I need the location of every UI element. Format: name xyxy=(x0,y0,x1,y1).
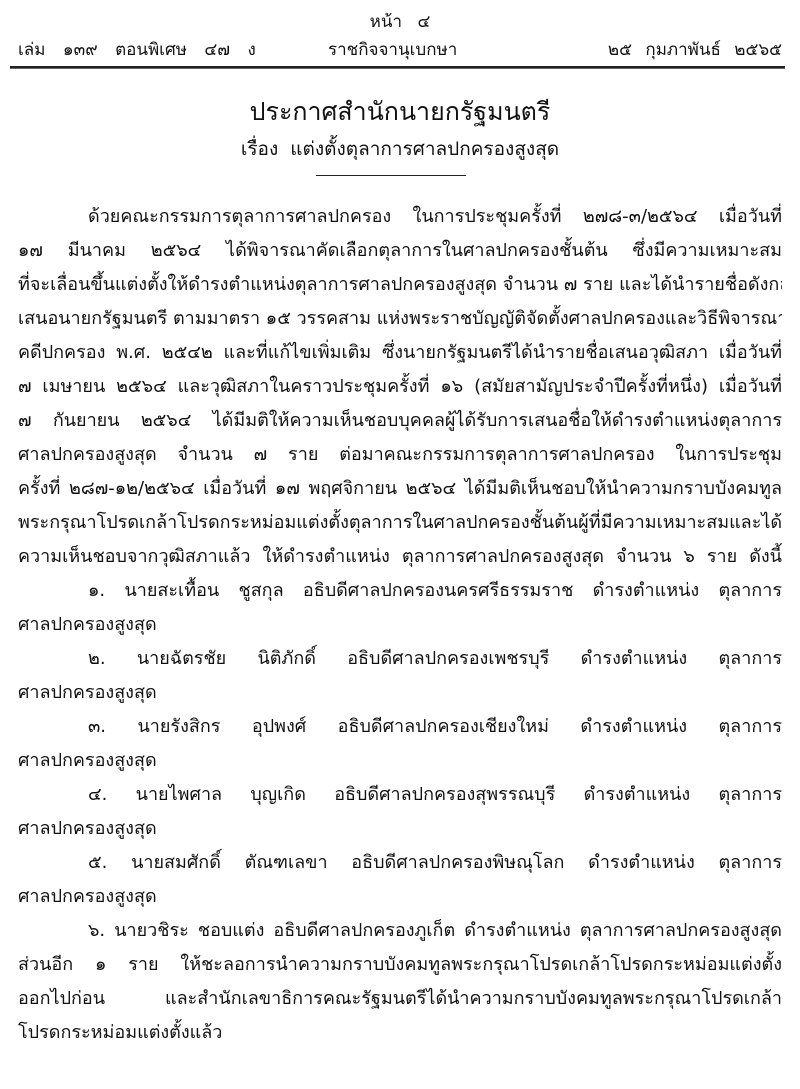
document-body: ด้วยคณะกรรมการตุลาการศาลปกครอง ในการประช… xyxy=(18,200,782,1050)
paragraph-line: ที่จะเลื่อนขึ้นแต่งตั้งให้ดำรงตำแหน่งตุล… xyxy=(18,268,782,302)
closing-line: ส่วนอีก ๑ ราย ให้ชะลอการนำความกราบบังคมท… xyxy=(18,948,782,982)
paragraph-line: ๑๗ มีนาคม ๒๕๖๔ ได้พิจารณาคัดเลือกตุลาการ… xyxy=(18,234,782,268)
paragraph-line: พระกรุณาโปรดเกล้าโปรดกระหม่อมแต่งตั้งตุล… xyxy=(18,506,782,540)
appointee-item-5: ๕. นายสมศักดิ์ ตัณฑเลขา อธิบดีศาลปกครองพ… xyxy=(18,846,782,880)
paragraph-line: เสนอนายกรัฐมนตรี ตามมาตรา ๑๕ วรรคสาม แห่… xyxy=(18,302,782,336)
appointee-item-2-cont: ศาลปกครองสูงสุด xyxy=(18,676,782,710)
appointee-item-1: ๑. นายสะเทื้อน ชูสกุล อธิบดีศาลปกครองนคร… xyxy=(18,574,782,608)
paragraph-line: ศาลปกครองสูงสุด จำนวน ๗ ราย ต่อมาคณะกรรม… xyxy=(18,438,782,472)
volume-issue: เล่ม ๑๓๙ ตอนพิเศษ ๔๗ ง xyxy=(18,36,256,63)
document-title: ประกาศสำนักนายกรัฐมนตรี xyxy=(0,92,800,132)
paragraph-line: ความเห็นชอบจากวุฒิสภาแล้ว ให้ดำรงตำแหน่ง… xyxy=(18,540,782,574)
paragraph-line: ครั้งที่ ๒๘๗-๑๒/๒๕๖๔ เมื่อวันที่ ๑๗ พฤศจ… xyxy=(18,472,782,506)
appointee-item-1-cont: ศาลปกครองสูงสุด xyxy=(18,608,782,642)
document-subject: เรื่อง แต่งตั้งตุลาการศาลปกครองสูงสุด xyxy=(0,134,800,164)
publication-date: ๒๕ กุมภาพันธ์ ๒๕๖๕ xyxy=(608,36,782,63)
paragraph-line: คดีปกครอง พ.ศ. ๒๕๔๒ และที่แก้ไขเพิ่มเติม… xyxy=(18,336,782,370)
title-divider xyxy=(316,175,466,176)
publication-name: ราชกิจจานุเบกษา xyxy=(328,36,457,63)
appointee-item-2: ๒. นายฉัตรชัย นิติภักดิ์ อธิบดีศาลปกครอง… xyxy=(18,642,782,676)
page-number: หน้า ๔ xyxy=(0,8,800,35)
appointee-item-6: ๖. นายวชิระ ชอบแต่ง อธิบดีศาลปกครองภูเก็… xyxy=(18,914,782,948)
header-divider xyxy=(10,66,785,69)
paragraph-line: ๗ กันยายน ๒๕๖๔ ได้มีมติให้ความเห็นชอบบุค… xyxy=(18,404,782,438)
closing-line: ออกไปก่อน และสำนักเลขาธิการคณะรัฐมนตรีได… xyxy=(18,982,782,1016)
appointee-item-3-cont: ศาลปกครองสูงสุด xyxy=(18,744,782,778)
appointee-item-3: ๓. นายรังสิกร อุปพงศ์ อธิบดีศาลปกครองเชี… xyxy=(18,710,782,744)
appointee-item-4: ๔. นายไพศาล บุญเกิด อธิบดีศาลปกครองสุพรร… xyxy=(18,778,782,812)
paragraph-line: ๗ เมษายน ๒๕๖๔ และวุฒิสภาในคราวประชุมครั้… xyxy=(18,370,782,404)
appointee-item-4-cont: ศาลปกครองสูงสุด xyxy=(18,812,782,846)
appointee-item-5-cont: ศาลปกครองสูงสุด xyxy=(18,880,782,914)
paragraph-line: ด้วยคณะกรรมการตุลาการศาลปกครอง ในการประช… xyxy=(18,200,782,234)
closing-line: โปรดกระหม่อมแต่งตั้งแล้ว xyxy=(18,1016,782,1050)
gazette-header: เล่ม ๑๓๙ ตอนพิเศษ ๔๗ ง ราชกิจจานุเบกษา ๒… xyxy=(18,36,782,62)
